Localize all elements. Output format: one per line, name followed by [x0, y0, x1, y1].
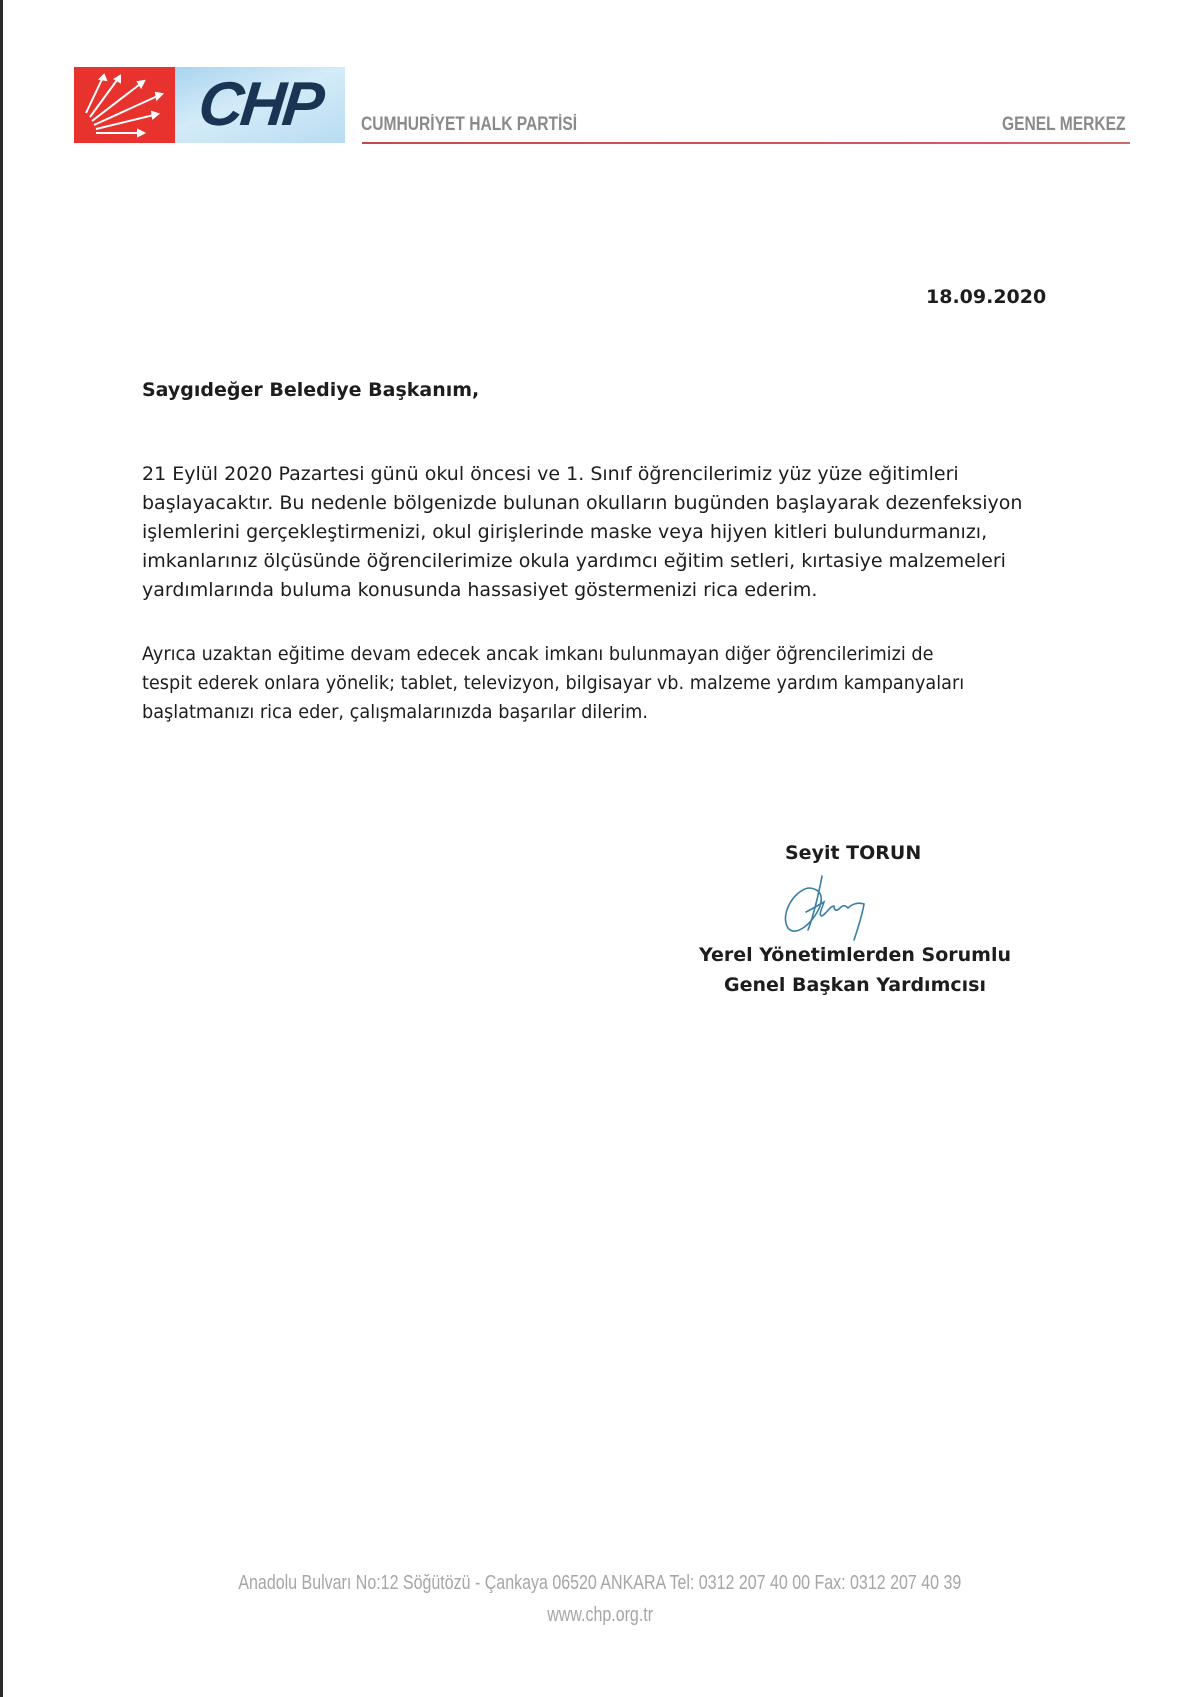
salutation: Saygıdeğer Belediye Başkanım, [142, 379, 479, 401]
paragraph-line: başlatmanızı rica eder, çalışmalarınızda… [142, 698, 1007, 727]
signatory-name: Seyit TORUN [785, 842, 921, 864]
scan-edge-line [0, 0, 3, 1697]
paragraph-line: tespit ederek onlara yönelik; tablet, te… [142, 669, 1007, 698]
paragraph-1: 21 Eylül 2020 Pazartesi günü okul öncesi… [142, 460, 1072, 605]
signatory-title-line-2: Genel Başkan Yardımcısı [690, 974, 1020, 996]
footer-address: Anadolu Bulvarı No:12 Söğütözü - Çankaya… [0, 1572, 1200, 1595]
footer-website-link[interactable]: www.chp.org.tr [547, 1604, 653, 1627]
paragraph-line: imkanlarınız ölçüsünde öğrencilerimize o… [142, 547, 1072, 576]
paragraph-line: 21 Eylül 2020 Pazartesi günü okul öncesi… [142, 460, 1072, 489]
six-arrows-icon [74, 67, 175, 143]
logo-blue-panel: CHP [175, 67, 345, 143]
signatory-title-line-1: Yerel Yönetimlerden Sorumlu [690, 944, 1020, 966]
logo-wordmark: CHP [196, 74, 324, 136]
office-name: GENEL MERKEZ [1002, 114, 1125, 136]
paragraph-line: başlayacaktır. Bu nedenle bölgenizde bul… [142, 489, 1072, 518]
footer-address-text: Anadolu Bulvarı No:12 Söğütözü - Çankaya… [239, 1572, 962, 1595]
paragraph-line: işlemlerini gerçekleştirmenizi, okul gir… [142, 518, 1072, 547]
paragraph-line: Ayrıca uzaktan eğitime devam edecek anca… [142, 640, 1007, 669]
header-rule [362, 142, 1130, 144]
chp-logo: CHP [74, 67, 345, 143]
footer-website: www.chp.org.tr [0, 1604, 1200, 1627]
party-name: CUMHURİYET HALK PARTİSİ [361, 114, 577, 136]
paragraph-2: Ayrıca uzaktan eğitime devam edecek anca… [142, 640, 1072, 727]
paragraph-line: yardımlarında buluma konusunda hassasiye… [142, 576, 1072, 605]
handwritten-signature-icon [778, 868, 898, 948]
logo-red-panel [74, 67, 175, 143]
letter-date: 18.09.2020 [926, 286, 1046, 308]
